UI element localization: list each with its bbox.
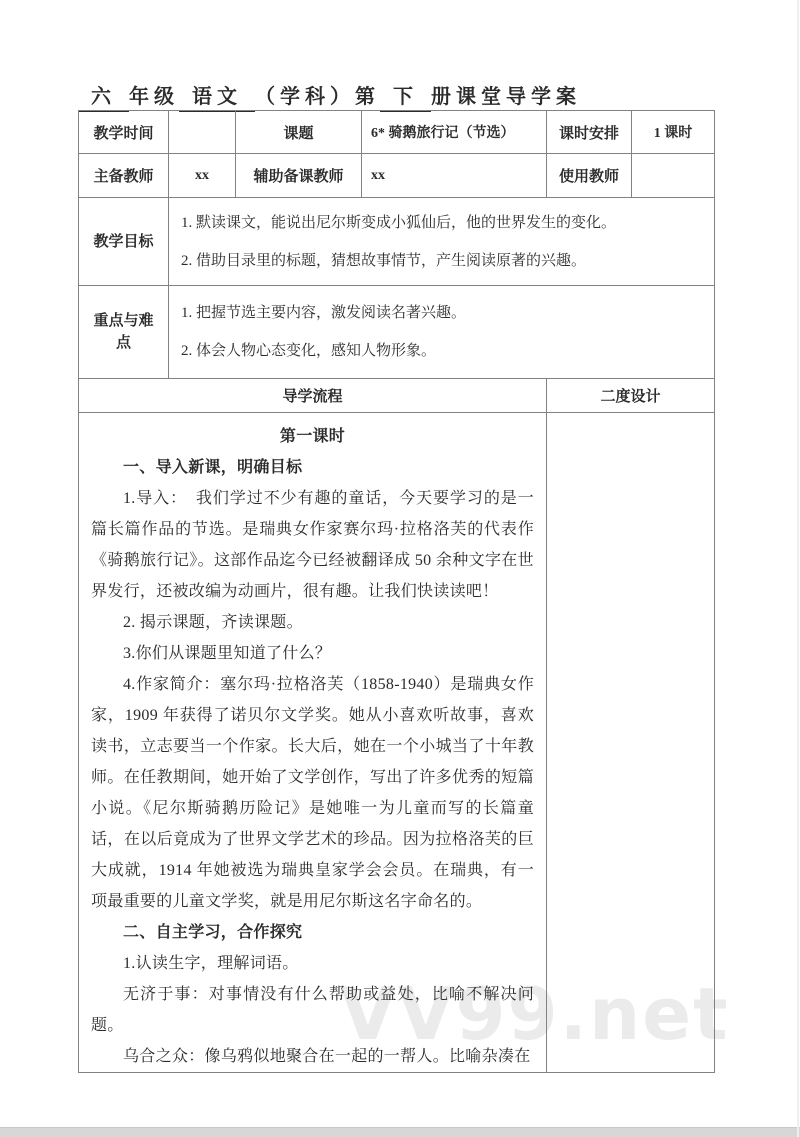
flow-body-row: 第一课时一、导入新课，明确目标1.导入： 我们学过不少有趣的童话，今天要学习的是… <box>79 413 715 1073</box>
teaching-time-label: 教学时间 <box>79 111 169 154</box>
content-paragraph: 3.你们从课题里知道了什么？ <box>91 638 534 669</box>
scan-right-edge <box>797 0 799 1137</box>
second-design-label: 二度设计 <box>547 379 715 413</box>
meta-row-1: 教学时间 课题 6* 骑鹅旅行记（节选） 课时安排 1 课时 <box>79 111 715 154</box>
assist-teacher-label: 辅助备课教师 <box>236 154 362 198</box>
page-title: 六年级语文（学科）第下册课堂导学案 <box>78 80 581 112</box>
content-paragraph: 第一课时 <box>91 421 534 452</box>
lesson-plan-table: 教学时间 课题 6* 骑鹅旅行记（节选） 课时安排 1 课时 主备教师 xx 辅… <box>78 110 715 1073</box>
content-paragraph: 乌合之众：像乌鸦似地聚合在一起的一帮人。比喻杂凑在 <box>91 1041 534 1072</box>
keypoints-content: 1. 把握节选主要内容，激发阅读名著兴趣。2. 体会人物心态变化，感知人物形象。 <box>169 286 715 379</box>
period-plan-label: 课时安排 <box>547 111 632 154</box>
goal-line: 2. 借助目录里的标题，猜想故事情节，产生阅读原著的兴趣。 <box>181 242 704 280</box>
title-mid-label: （学科）第 <box>255 86 380 108</box>
content-paragraph: 无济于事：对事情没有什么帮助或益处，比喻不解决问题。 <box>91 979 534 1041</box>
content-paragraph: 二、自主学习，合作探究 <box>91 917 534 948</box>
title-subject-blank: 语文 <box>179 80 255 112</box>
goal-line: 1. 默读课文，能说出尼尔斯变成小狐仙后，他的世界发生的变化。 <box>181 204 704 242</box>
flow-content: 第一课时一、导入新课，明确目标1.导入： 我们学过不少有趣的童话，今天要学习的是… <box>79 413 547 1073</box>
keypoint-line: 1. 把握节选主要内容，激发阅读名著兴趣。 <box>181 294 704 332</box>
content-paragraph: 1.导入： 我们学过不少有趣的童话，今天要学习的是一篇长篇作品的节选。是瑞典女作… <box>91 483 534 607</box>
goals-label: 教学目标 <box>79 198 169 286</box>
flow-header-label: 导学流程 <box>79 379 547 413</box>
content-paragraph: 4.作家简介：塞尔玛·拉格洛芙（1858-1940）是瑞典女作家，1909 年获… <box>91 669 534 917</box>
goals-content: 1. 默读课文，能说出尼尔斯变成小狐仙后，他的世界发生的变化。2. 借助目录里的… <box>169 198 715 286</box>
goals-row: 教学目标 1. 默读课文，能说出尼尔斯变成小狐仙后，他的世界发生的变化。2. 借… <box>79 198 715 286</box>
lesson-title-value: 6* 骑鹅旅行记（节选） <box>362 111 547 154</box>
lead-teacher-label: 主备教师 <box>79 154 169 198</box>
title-grade-blank: 六 <box>78 80 129 112</box>
flow-header-row: 导学流程 二度设计 <box>79 379 715 413</box>
using-teacher-label: 使用教师 <box>547 154 632 198</box>
title-grade-label: 年级 <box>129 86 179 108</box>
content-paragraph: 一、导入新课，明确目标 <box>91 452 534 483</box>
document-page: VV99.net 六年级语文（学科）第下册课堂导学案 教学时间 课题 6* 骑鹅… <box>0 0 800 1137</box>
period-plan-value: 1 课时 <box>632 111 715 154</box>
lesson-title-label: 课题 <box>236 111 362 154</box>
keypoints-label: 重点与难点 <box>79 286 169 379</box>
keypoints-row: 重点与难点 1. 把握节选主要内容，激发阅读名著兴趣。2. 体会人物心态变化，感… <box>79 286 715 379</box>
using-teacher-value <box>632 154 715 198</box>
content-paragraph: 2. 揭示课题，齐读课题。 <box>91 607 534 638</box>
title-end-label: 册课堂导学案 <box>431 86 581 108</box>
title-volume-blank: 下 <box>380 80 431 112</box>
lead-teacher-value: xx <box>169 154 236 198</box>
content-paragraph: 1.认读生字，理解词语。 <box>91 948 534 979</box>
page-edge-strip <box>0 1127 800 1137</box>
keypoint-line: 2. 体会人物心态变化，感知人物形象。 <box>181 332 704 370</box>
meta-row-2: 主备教师 xx 辅助备课教师 xx 使用教师 <box>79 154 715 198</box>
second-design-cell <box>547 413 715 1073</box>
teaching-time-value <box>169 111 236 154</box>
assist-teacher-value: xx <box>362 154 547 198</box>
